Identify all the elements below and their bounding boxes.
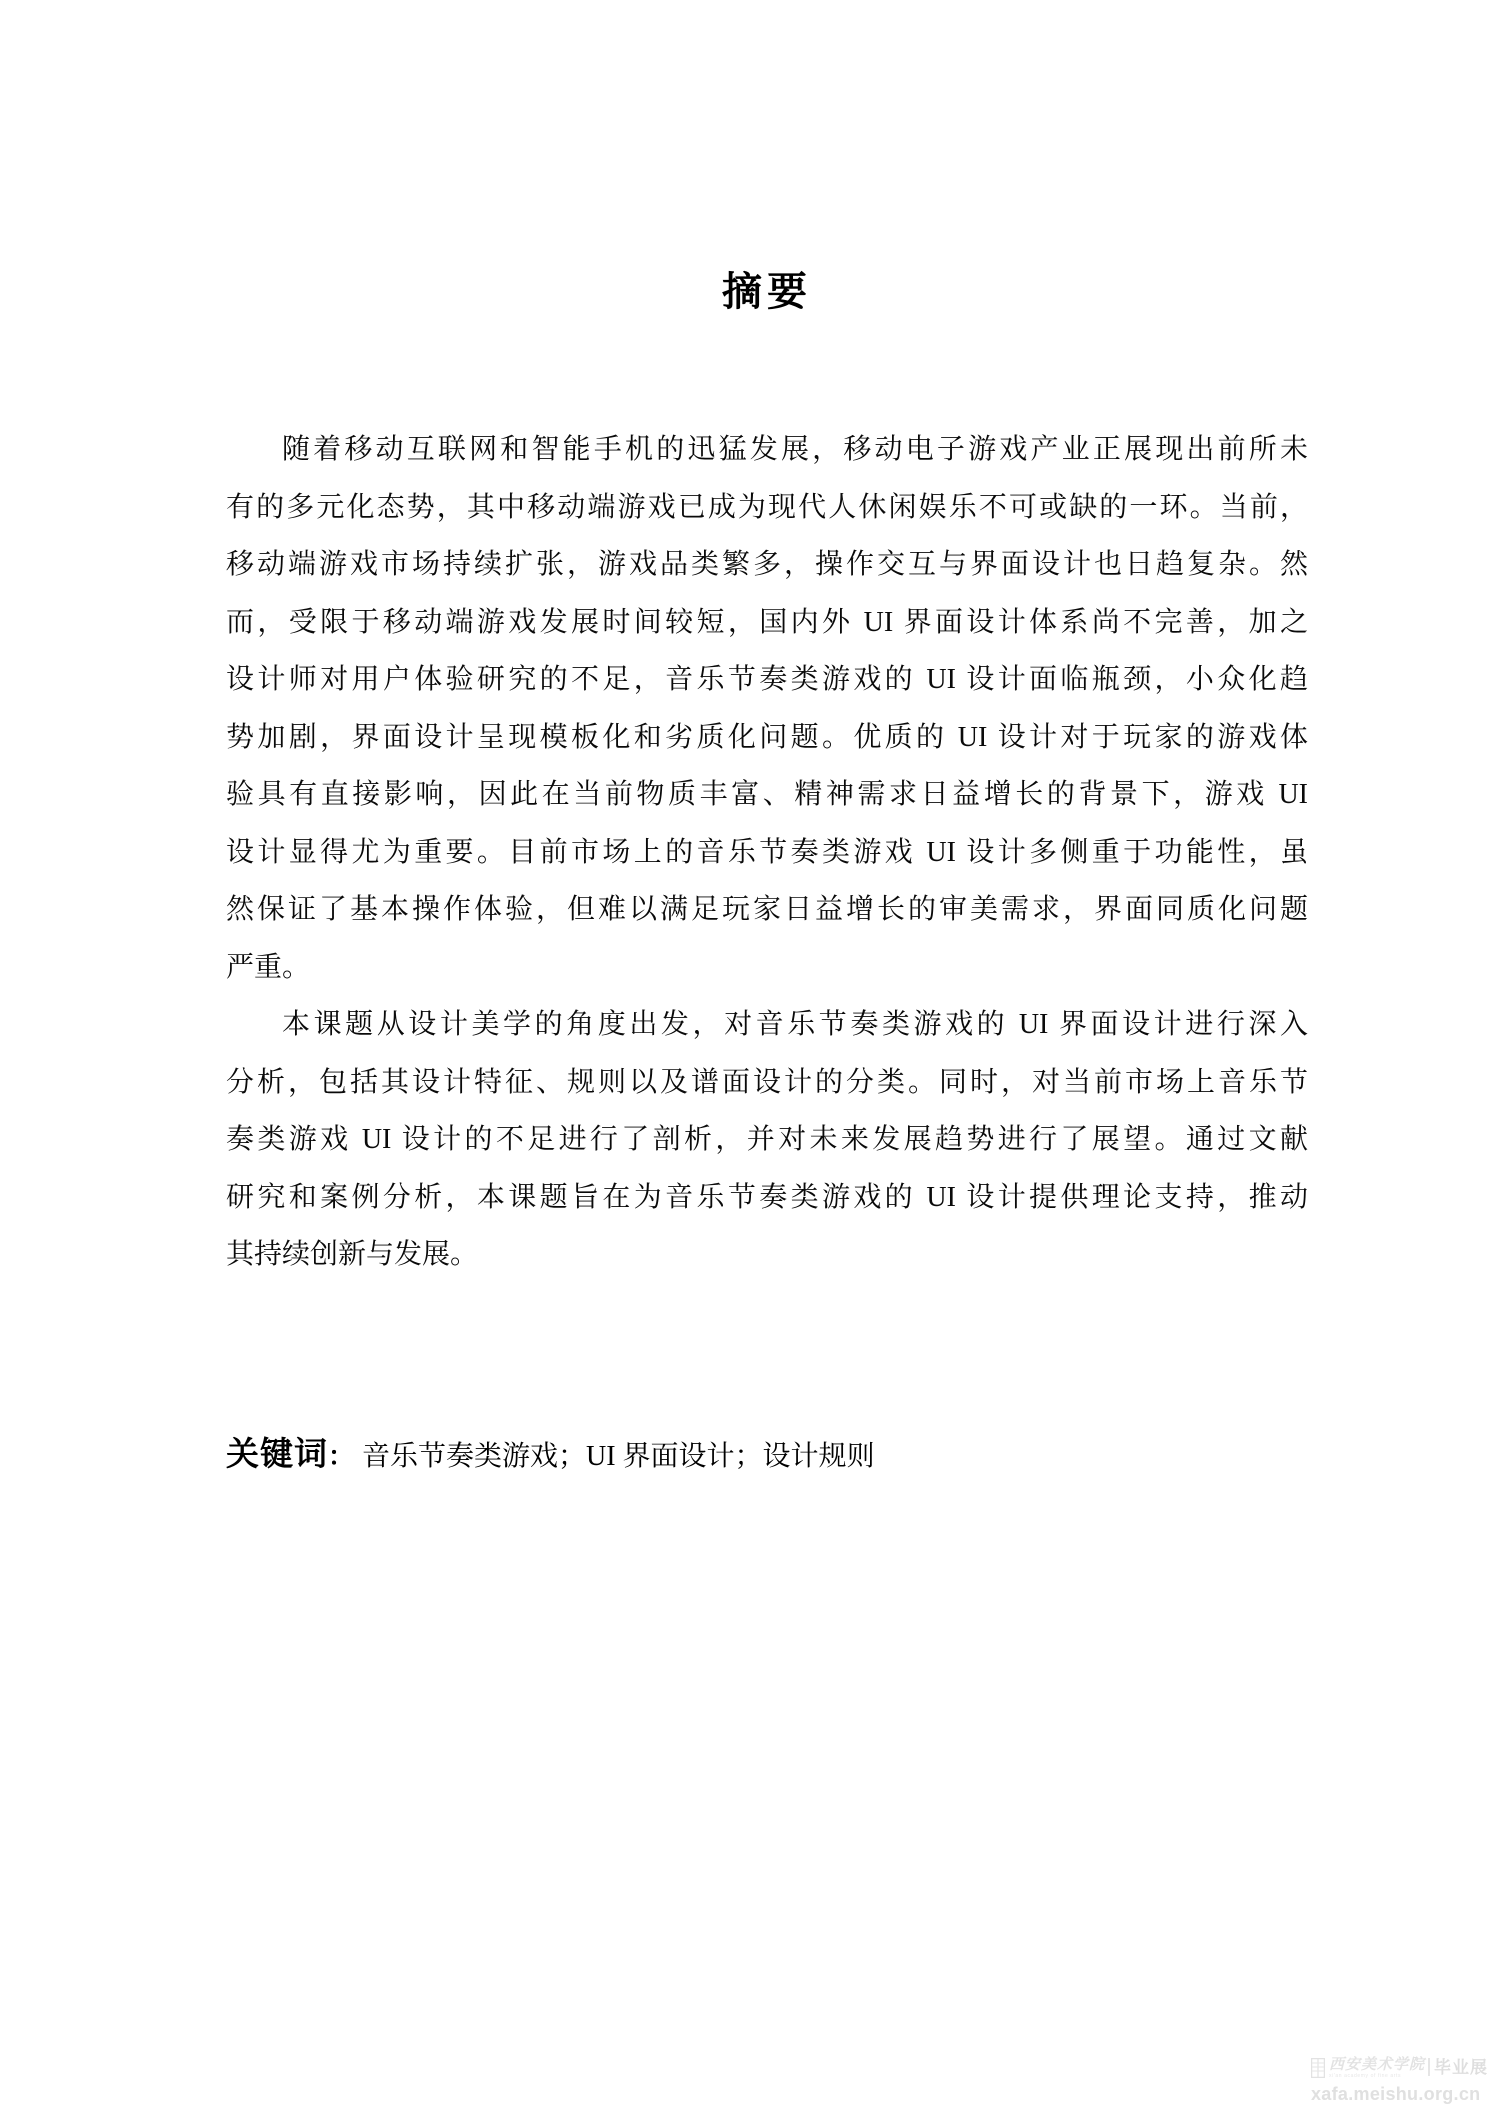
abstract-text-line: 设计师对用户体验研究的不足，音乐节奏类游戏的 UI 设计面临瓶颈，小众化趋 [226, 651, 1308, 709]
keywords-label: 关键词 [226, 1428, 328, 1475]
abstract-text-line: 其持续创新与发展。 [226, 1226, 1308, 1284]
abstract-text-line: 然保证了基本操作体验，但难以满足玩家日益增长的审美需求，界面同质化问题 [226, 881, 1308, 939]
watermark-divider [1428, 2058, 1430, 2076]
abstract-text-line: 势加剧，界面设计呈现模板化和劣质化问题。优质的 UI 设计对于玩家的游戏体 [226, 709, 1308, 767]
abstract-text-line: 奏类游戏 UI 设计的不足进行了剖析，并对未来发展趋势进行了展望。通过文献 [226, 1111, 1308, 1169]
keywords-row: 关键词 ： 音乐节奏类游戏；UI 界面设计；设计规则 [226, 1428, 875, 1475]
page-title: 摘要 [226, 266, 1308, 318]
watermark-exhibition-label: 毕业展 [1434, 2058, 1488, 2077]
abstract-text-line: 而，受限于移动端游戏发展时间较短，国内外 UI 界面设计体系尚不完善，加之 [226, 594, 1308, 652]
abstract-text-line: 分析，包括其设计特征、规则以及谱面设计的分类。同时，对当前市场上音乐节 [226, 1054, 1308, 1112]
watermark-academy-name: 西安美术学院 [1329, 2058, 1425, 2073]
xafa-seal-logo-icon [1311, 2058, 1325, 2083]
abstract-text-line: 本课题从设计美学的角度出发，对音乐节奏类游戏的 UI 界面设计进行深入 [226, 996, 1308, 1054]
abstract-text-line: 严重。 [226, 939, 1308, 997]
watermark-url: xafa.meishu.org.cn [1311, 2085, 1488, 2103]
abstract-paragraphs: 随着移动互联网和智能手机的迅猛发展，移动电子游戏产业正展现出前所未有的多元化态势… [226, 421, 1308, 1284]
keywords-value: 音乐节奏类游戏；UI 界面设计；设计规则 [362, 1434, 875, 1474]
watermark: 西安美术学院 xi'an academy of fine arts 毕业展 xa… [1311, 2058, 1488, 2103]
abstract-text-line: 验具有直接影响，因此在当前物质丰富、精神需求日益增长的背景下，游戏 UI [226, 766, 1308, 824]
abstract-text-line: 设计显得尤为重要。目前市场上的音乐节奏类游戏 UI 设计多侧重于功能性，虽 [226, 824, 1308, 882]
abstract-text-line: 移动端游戏市场持续扩张，游戏品类繁多，操作交互与界面设计也日趋复杂。然 [226, 536, 1308, 594]
keywords-colon: ： [328, 1436, 354, 1473]
abstract-text-line: 研究和案例分析，本课题旨在为音乐节奏类游戏的 UI 设计提供理论支持，推动 [226, 1169, 1308, 1227]
watermark-top-row: 西安美术学院 xi'an academy of fine arts 毕业展 [1311, 2058, 1488, 2083]
watermark-academy-name-en: xi'an academy of fine arts [1329, 2073, 1425, 2079]
abstract-text-line: 有的多元化态势，其中移动端游戏已成为现代人休闲娱乐不可或缺的一环。当前， [226, 479, 1308, 537]
thesis-abstract-page: { "page": { "background": "#ffffff", "te… [0, 0, 1500, 2121]
watermark-academy-block: 西安美术学院 xi'an academy of fine arts [1329, 2058, 1425, 2079]
abstract-text-line: 随着移动互联网和智能手机的迅猛发展，移动电子游戏产业正展现出前所未 [226, 421, 1308, 479]
